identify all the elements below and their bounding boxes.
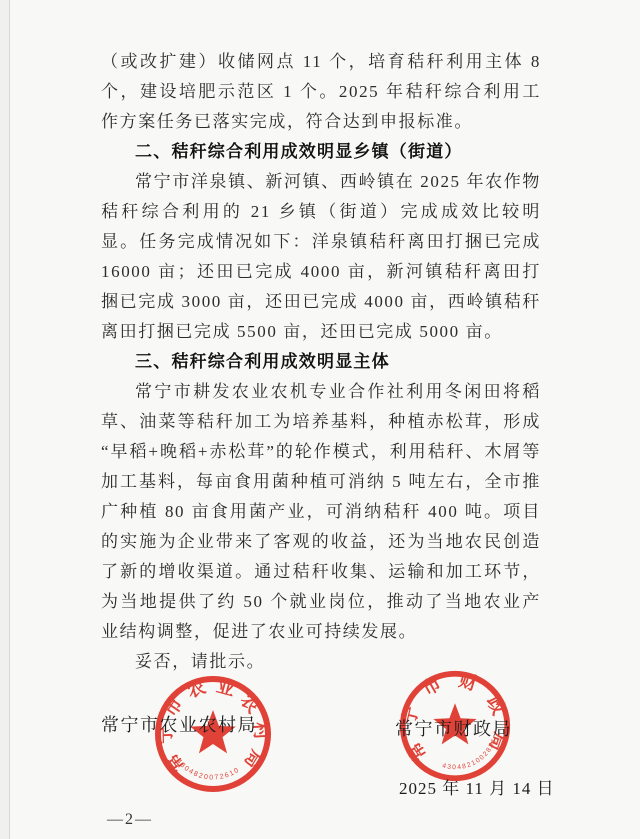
paragraph-continuation: （或改扩建）收储网点 11 个，培育秸秆利用主体 8 个，建设培肥示范区 1 个… — [101, 47, 541, 137]
section-heading-2: 二、秸秆综合利用成效明显乡镇（街道） — [101, 137, 541, 167]
paragraph-townships: 常宁市洋泉镇、新河镇、西岭镇在 2025 年农作物秸秆综合利用的 21 乡镇（街… — [101, 167, 541, 347]
finance-bureau-name: 常宁市财政局 — [395, 715, 512, 741]
paragraph-cooperative: 常宁市耕发农业农机专业合作社利用冬闲田将稻草、油菜等秸秆加工为培养基料，种植赤松… — [101, 377, 541, 647]
section-heading-3: 三、秸秆综合利用成效明显主体 — [101, 347, 541, 377]
document-page: （或改扩建）收储网点 11 个，培育秸秆利用主体 8 个，建设培肥示范区 1 个… — [9, 0, 640, 839]
signature-area: 常宁市农业农村局 常宁市财政局 常宁市农业农村局 4304820072610 — [101, 677, 541, 805]
page-number: —2— — [107, 811, 541, 829]
document-body: （或改扩建）收储网点 11 个，培育秸秆利用主体 8 个，建设培肥示范区 1 个… — [101, 47, 541, 829]
document-date: 2025 年 11 月 14 日 — [399, 774, 555, 799]
agriculture-bureau-name: 常宁市农业农村局 — [101, 711, 257, 737]
